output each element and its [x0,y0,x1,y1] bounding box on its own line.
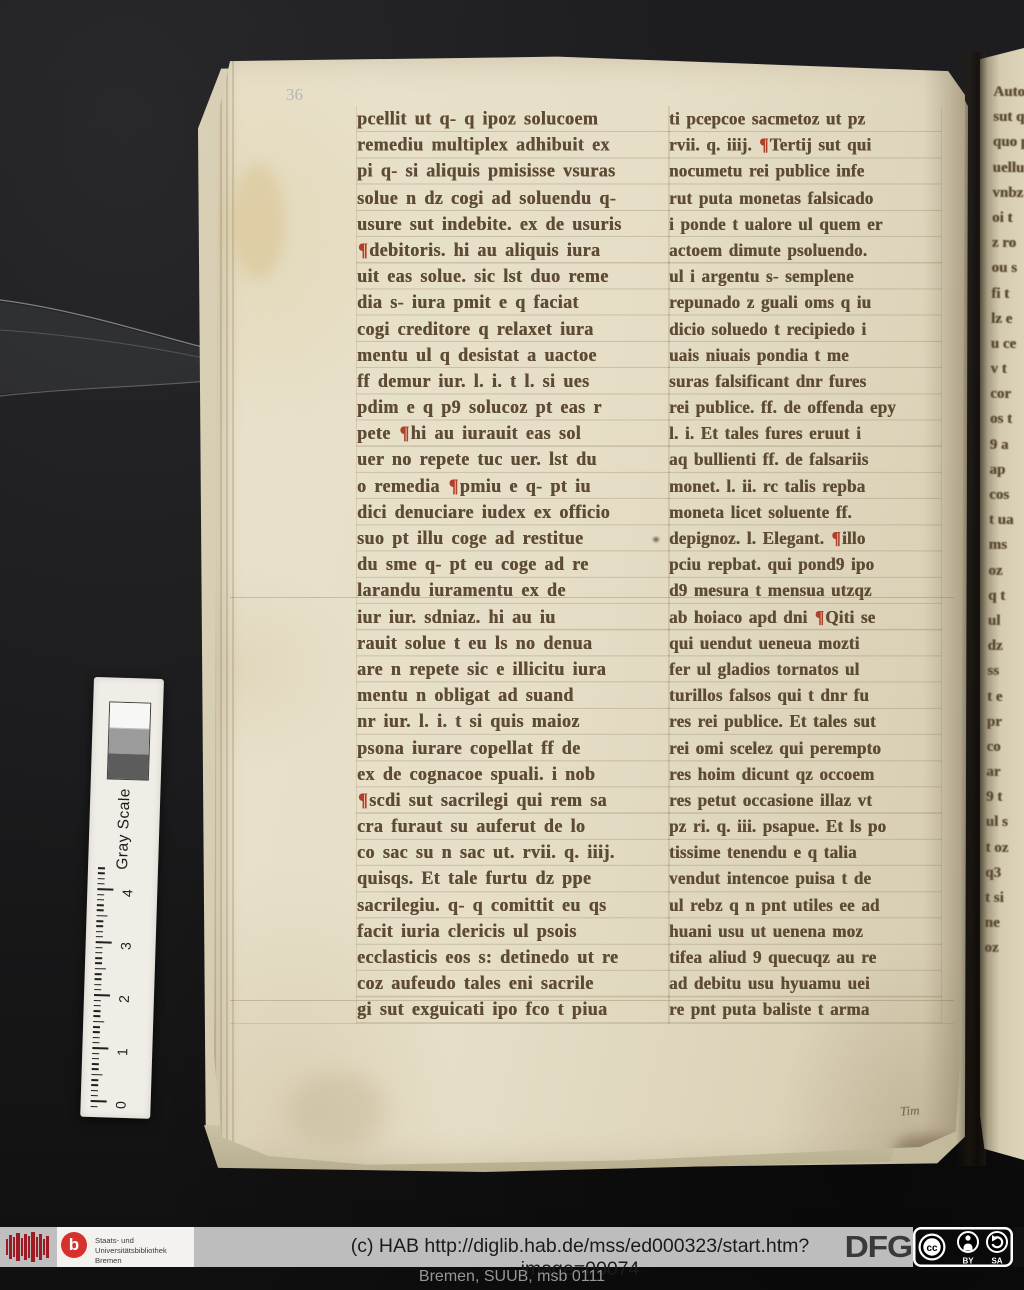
sa-icon [987,1232,1007,1252]
ruler-tick [97,888,113,890]
manuscript-line: pcellit ut q- q ipoz solucoem [357,106,669,132]
parchment-stain [290,1073,385,1148]
ruler-tick [98,872,105,874]
ruler-tick [93,1026,100,1028]
foliation-number: 36 [286,85,303,105]
facing-page-fragment: v t [990,357,1024,383]
facing-page-fragment: z ro [992,231,1024,257]
facing-page-edge: Auto bsut q tquo puelluvnbzoi tz roou sf… [980,48,1024,1160]
photographed-manuscript-scene: Auto bsut q tquo puelluvnbzoi tz roou sf… [0,0,1024,1290]
facing-page-fragment: ss [987,659,1023,685]
manuscript-line: mentu n obligat ad suand [357,682,669,708]
manuscript-line: uer no repete tuc uer. lst du [357,447,669,473]
manuscript-line: rauit solue t eu ls no denua [357,630,669,656]
ruler-number: 0 [112,1093,128,1109]
facing-page-fragment: Auto b [993,80,1024,106]
facing-page-fragment: u ce [991,332,1024,358]
ruler-tick [92,1063,99,1065]
ruler-tick [93,1010,100,1012]
ruler-tick [98,878,105,880]
by-label: BY [962,1257,974,1266]
manuscript-line: coz aufeudo tales eni sacrile [357,970,669,996]
facing-page-fragment: cor [990,382,1024,408]
ruler-tick [92,1074,103,1076]
manuscript-line: monet. l. ii. rc talis repba [669,473,941,499]
cc-label: cc [926,1243,938,1254]
manuscript-line: du sme q- pt eu coge ad re [357,551,669,577]
manuscript-line: ti pcepcoe sacmetoz ut pz [669,106,941,132]
ruler-tick [92,1047,108,1049]
bremen-logo-bars-section [0,1227,57,1267]
manuscript-line: suras falsificant dnr fures [669,368,941,394]
manuscript-line: psona iurare copellat ff de [357,735,669,761]
facing-page-fragment: vnbz [992,181,1024,207]
manuscript-line: aq bullienti ff. de falsariis [669,447,941,473]
rubric-mark: ¶ [357,239,369,260]
facing-page-fragment: ul [988,609,1024,635]
facing-page-fragment: t ua [989,508,1024,534]
ruler-tick [92,1068,99,1070]
ruler-tick [95,957,102,959]
facing-page-fragment: oi t [992,206,1024,232]
manuscript-line: res hoim dicunt qz occoem [669,761,941,787]
facing-page-fragment: ar [986,760,1022,786]
manuscript-line: ab hoiaco apd dni ¶Qiti se [669,604,941,630]
ruling-line [230,1000,954,1001]
ruler-tick [91,1090,98,1092]
manuscript-line: fer ul gladios tornatos ul [669,656,941,682]
manuscript-line: larandu iuramentu ex de [357,578,669,604]
manuscript-line: mentu ul q desistat a uactoe [357,342,669,368]
manuscript-line: dia s- iura pmit e q faciat [357,289,669,315]
shelfmark-text: Bremen, SUUB, msb 0111 [0,1268,1024,1286]
manuscript-line: nr iur. l. i. t si quis maioz [357,708,669,734]
manuscript-right-column: ti pcepcoe sacmetoz ut pzrvii. q. iiij. … [668,106,942,1023]
ruler-tick [94,1005,101,1007]
facing-page-fragment: 9 a [989,432,1024,458]
ruler-tick [95,952,102,954]
ruler-number: 4 [119,881,135,897]
manuscript-line: ¶debitoris. hi au aliquis iura [357,237,669,263]
manuscript-line: moneta licet soluente ff. [669,499,941,525]
manuscript-line: ¶scdi sut sacrilegi qui rem sa [357,787,669,813]
facing-page-fragment: uellu [992,155,1024,181]
manuscript-line: ecclasticis eos s: detinedo ut re [357,944,669,970]
manuscript-line: facit iuria clericis ul psois [357,918,669,944]
manuscript-line: repunado z guali oms q iu [669,289,941,315]
manuscript-page: 36 pcellit ut q- q ipoz solucoemremediu … [208,55,968,1167]
manuscript-line: actoem dimute psoluendo. [669,237,941,263]
bremen-logo-section: b Staats- und Universitätsbibliothek Bre… [57,1227,194,1267]
grayscale-card: Gray Scale 43210 [80,677,164,1119]
manuscript-line: co sac su n sac ut. rvii. q. iiij. [357,839,669,865]
facing-page-fragment: ms [988,533,1024,559]
facing-page-fragment: t e [987,684,1023,710]
ruler-tick [94,994,110,996]
rubric-mark: ¶ [398,422,410,443]
ruler-tick [98,867,105,869]
facing-page-fragment: ne [984,911,1020,937]
manuscript-line: remediu multiplex adhibuit ex [357,132,669,158]
manuscript-line: rei publice. ff. de offenda epy [669,394,941,420]
manuscript-line: uit eas solue. sic lst duo reme [357,263,669,289]
manuscript-line: pciu repbat. qui pond9 ipo [669,551,941,577]
manuscript-line: quisqs. Et tale furtu dz ppe [357,866,669,892]
ruler-number: 2 [116,987,132,1003]
facing-page-fragment: t si [985,886,1021,912]
facing-page-fragment: 9 t [986,785,1022,811]
facing-page-fragment: cos [989,483,1024,509]
ruler-tick [96,925,103,927]
manuscript-line: suo pt illu coge ad restitue [357,525,669,551]
facing-page-fragment: q t [988,584,1024,610]
manuscript-line: rvii. q. iiij. ¶Tertij sut qui [669,132,941,158]
manuscript-line: nocumetu rei publice infe [669,158,941,184]
facing-page-fragment: co [986,735,1022,761]
manuscript-line: pz ri. q. iii. psapue. Et ls po [669,813,941,839]
library-name: Staats- und Universitätsbibliothek Breme… [95,1236,167,1266]
manuscript-line: o remedia ¶pmiu e q- pt iu [357,473,669,499]
manuscript-line: huani usu ut uenena moz [669,918,941,944]
rubric-mark: ¶ [357,789,369,810]
facing-page-fragment: lz e [991,307,1024,333]
manuscript-line: turillos falsos qui t dnr fu [669,682,941,708]
manuscript-line: ad debitu usu hyuamu uei [669,970,941,996]
ruler-tick [93,1031,100,1033]
ruler-tick [95,973,102,975]
library-name-line1: Staats- und [95,1236,167,1246]
rubric-mark: ¶ [758,135,769,155]
facing-page-fragment: oz [984,936,1020,962]
ruler-tick [91,1100,107,1102]
ruler-tick [95,968,106,970]
facing-page-fragment: q3 [985,861,1021,887]
ruler-tick [97,894,104,896]
library-name-line3: Bremen [95,1256,167,1266]
ruler-tick [95,947,102,949]
ruler-tick [93,1037,100,1039]
ruler-tick [91,1106,98,1108]
manuscript-line: solue n dz cogi ad soluendu q- [357,185,669,211]
manuscript-line: rut puta monetas falsicado [669,185,941,211]
manuscript-line: tissime tenendu e q talia [669,839,941,865]
cc-by-sa-icons: cc BY SA [913,1227,1013,1267]
footer-bar: b Staats- und Universitätsbibliothek Bre… [0,1227,1024,1267]
facing-page-fragment: pr [987,709,1023,735]
facing-page-fragment: os t [990,407,1024,433]
ruler-tick [93,1021,104,1023]
ruler-tick [91,1084,98,1086]
ruler-tick [96,915,107,917]
manuscript-line: sacrilegiu. q- q comittit eu qs [357,892,669,918]
ruler-tick [96,920,103,922]
manuscript-line: ex de cognacoe spuali. i nob [357,761,669,787]
manuscript-line: rei omi scelez qui perempto [669,735,941,761]
manuscript-line: pete ¶hi au iurauit eas sol [357,420,669,446]
ruler-tick [97,904,104,906]
bremen-bars-icon [6,1232,52,1262]
bremen-b-icon: b [61,1232,87,1258]
manuscript-line: tifea aliud 9 quecuqz au re [669,944,941,970]
manuscript-left-column: pcellit ut q- q ipoz solucoemremediu mul… [356,106,670,1023]
facing-page-fragment: ap [989,458,1024,484]
manuscript-line: pi q- si aliquis pmisisse vsuras [357,158,669,184]
manuscript-line: usure sut indebite. ex de usuris [357,211,669,237]
parchment-stain [232,163,284,279]
ruler-tick [97,883,104,885]
ruler-tick [92,1058,99,1060]
ruler-number: 3 [117,934,133,950]
sa-label: SA [991,1257,1002,1266]
manuscript-line: cogi creditore q relaxet iura [357,316,669,342]
rubric-mark: ¶ [814,607,825,627]
dfg-logo: DFG [808,1229,912,1265]
facing-page-fragment: quo p [993,130,1024,156]
ruler-tick [96,931,103,933]
ruler-tick [94,984,101,986]
facing-page-fragment: sut q t [993,105,1024,131]
manuscript-line: iur iur. sdniaz. hi au iu [357,604,669,630]
cc-license-badge: cc BY SA [913,1227,1013,1267]
ruler-tick [95,962,102,964]
manuscript-line: dicio soluedo t recipiedo i [669,316,941,342]
manuscript-line: ul rebz q n pnt utiles ee ad [669,892,941,918]
manuscript-line: l. i. Et tales fures eruut i [669,420,941,446]
ruler-tick [97,909,104,911]
ruler-number: 1 [114,1040,130,1056]
manuscript-line: pdim e q p9 solucoz pt eas r [357,394,669,420]
manuscript-line: cra furaut su auferut de lo [357,813,669,839]
manuscript-line: ul i argentu s- semplene [669,263,941,289]
manuscript-line: depignoz. l. Elegant. ¶illo [669,525,941,551]
manuscript-line: ff demur iur. l. i. t l. si ues [357,368,669,394]
facing-page-fragment: t oz [985,835,1021,861]
facing-page-fragment: ul s [986,810,1022,836]
facing-page-fragment: fi t [991,281,1024,307]
ruler-tick [97,899,104,901]
ruler-tick [92,1053,99,1055]
footer-right-corner [1013,1227,1024,1267]
manuscript-line: dici denuciare iudex ex officio [357,499,669,525]
manuscript-line: res rei publice. Et tales sut [669,708,941,734]
manuscript-line: uais niuais pondia t me [669,342,941,368]
rubric-mark: ¶ [448,475,460,496]
manuscript-line: res petut occasione illaz vt [669,787,941,813]
facing-page-text-fragments: Auto bsut q tquo puelluvnbzoi tz roou sf… [983,80,1024,1120]
ruler-tick [91,1079,98,1081]
ruling-line [230,597,954,598]
ruling-line [230,1023,954,1024]
library-name-line2: Universitätsbibliothek [95,1246,167,1256]
facing-page-fragment: ou s [991,256,1024,282]
manuscript-line: vendut intencoe puisa t de [669,866,941,892]
ruler-tick [94,1000,101,1002]
catchword: Tim [899,1102,920,1119]
ruler-tick [96,941,112,943]
manuscript-line: i ponde t ualore ul quem er [669,211,941,237]
facing-page-fragment: dz [987,634,1023,660]
ruler-tick [94,978,101,980]
manuscript-line: are n repete sic e illicitu iura [357,656,669,682]
ruler-tick [93,1015,100,1017]
rubric-mark: ¶ [831,528,842,548]
manuscript-line: d9 mesura t mensua utzqz [669,578,941,604]
by-icon [958,1232,978,1252]
ruler-tick [94,989,101,991]
ruler-tick [91,1095,98,1097]
manuscript-line: qui uendut ueneua mozti [669,630,941,656]
ruler-tick [93,1042,100,1044]
ruler-tick [96,936,103,938]
grayscale-ruler: 43210 [80,677,164,1119]
facing-page-fragment: oz [988,558,1024,584]
